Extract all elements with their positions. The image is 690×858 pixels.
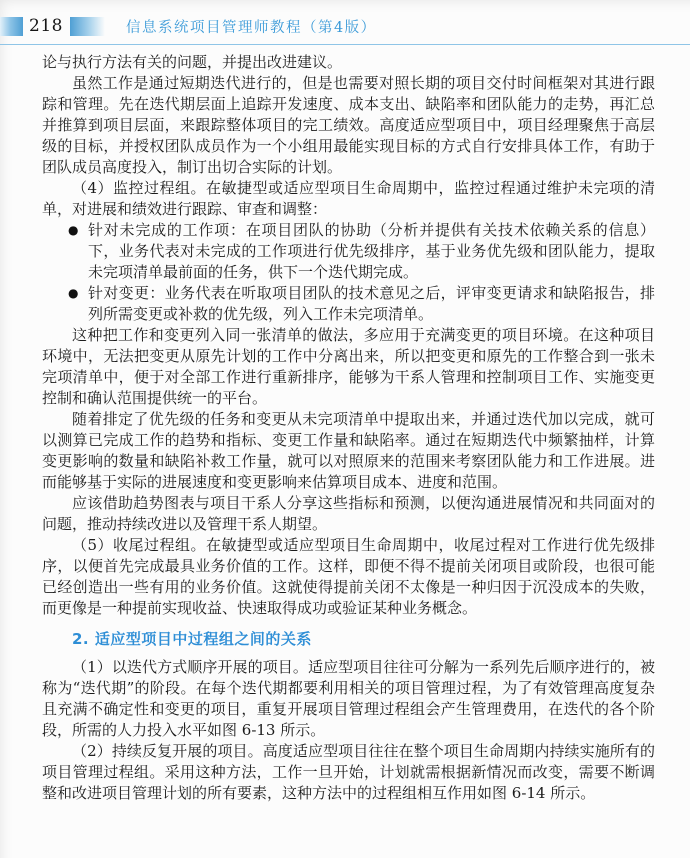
bullet-text-work-items: 针对未完成的工作项：在项目团队的协助（分析并提供有关技术依赖关系的信息）下，业务… (88, 220, 655, 283)
bullet-text-changes: 针对变更：业务代表在听取项目团队的技术意见之后，评审变更请求和缺陷报告，排列所需… (88, 283, 655, 325)
header-divider (0, 44, 690, 45)
header-gradient-block-right (70, 17, 105, 36)
section-heading-adaptive-process-groups: 2. 适应型项目中过程组之间的关系 (42, 629, 655, 650)
paragraph-iteration-tracking: 虽然工作是通过短期迭代进行的，但是也需要对照长期的项目交付时间框架对其进行跟踪和… (42, 73, 655, 178)
header-gradient-block-left (0, 17, 23, 36)
book-title: 信息系统项目管理师教程（第4版） (126, 16, 377, 37)
page-number: 218 (29, 17, 63, 36)
paragraph-continuous-overlap: （2）持续反复开展的项目。高度适应型项目往往在整个项目生命周期内持续实施所有的项… (42, 741, 655, 804)
paragraph-trend-charts: 应该借助趋势图表与项目干系人分享这些指标和预测，以便沟通进展情况和共同面对的问题… (42, 493, 655, 535)
paragraph-single-backlog: 这种把工作和变更列入同一张清单的做法，多应用于充满变更的项目环境。在这种项目环境… (42, 325, 655, 409)
paragraph-continuation: 论与执行方法有关的问题，并提出改进建议。 (42, 52, 655, 73)
list-item: ● 针对未完成的工作项：在项目团队的协助（分析并提供有关技术依赖关系的信息）下，… (42, 220, 655, 283)
paragraph-metrics: 随着排定了优先级的任务和变更从未完项清单中提取出来，并通过迭代加以完成，就可以测… (42, 409, 655, 493)
page-header: 218 信息系统项目管理师教程（第4版） (0, 16, 690, 37)
book-page: 218 信息系统项目管理师教程（第4版） 论与执行方法有关的问题，并提出改进建议… (0, 0, 690, 858)
bullet-icon: ● (68, 283, 88, 304)
page-body: 论与执行方法有关的问题，并提出改进建议。 虽然工作是通过短期迭代进行的，但是也需… (42, 52, 655, 804)
paragraph-sequential-iterations: （1）以迭代方式顺序开展的项目。适应型项目往往可分解为一系列先后顺序进行的，被称… (42, 657, 655, 741)
paragraph-closing-process-group: （5）收尾过程组。在敏捷型或适应型项目生命周期中，收尾过程对工作进行优先级排序，… (42, 535, 655, 619)
paragraph-monitoring-process-group: （4）监控过程组。在敏捷型或适应型项目生命周期中，监控过程通过维护未完项的清单，… (42, 178, 655, 220)
list-item: ● 针对变更：业务代表在听取项目团队的技术意见之后，评审变更请求和缺陷报告，排列… (42, 283, 655, 325)
bullet-icon: ● (68, 220, 88, 241)
